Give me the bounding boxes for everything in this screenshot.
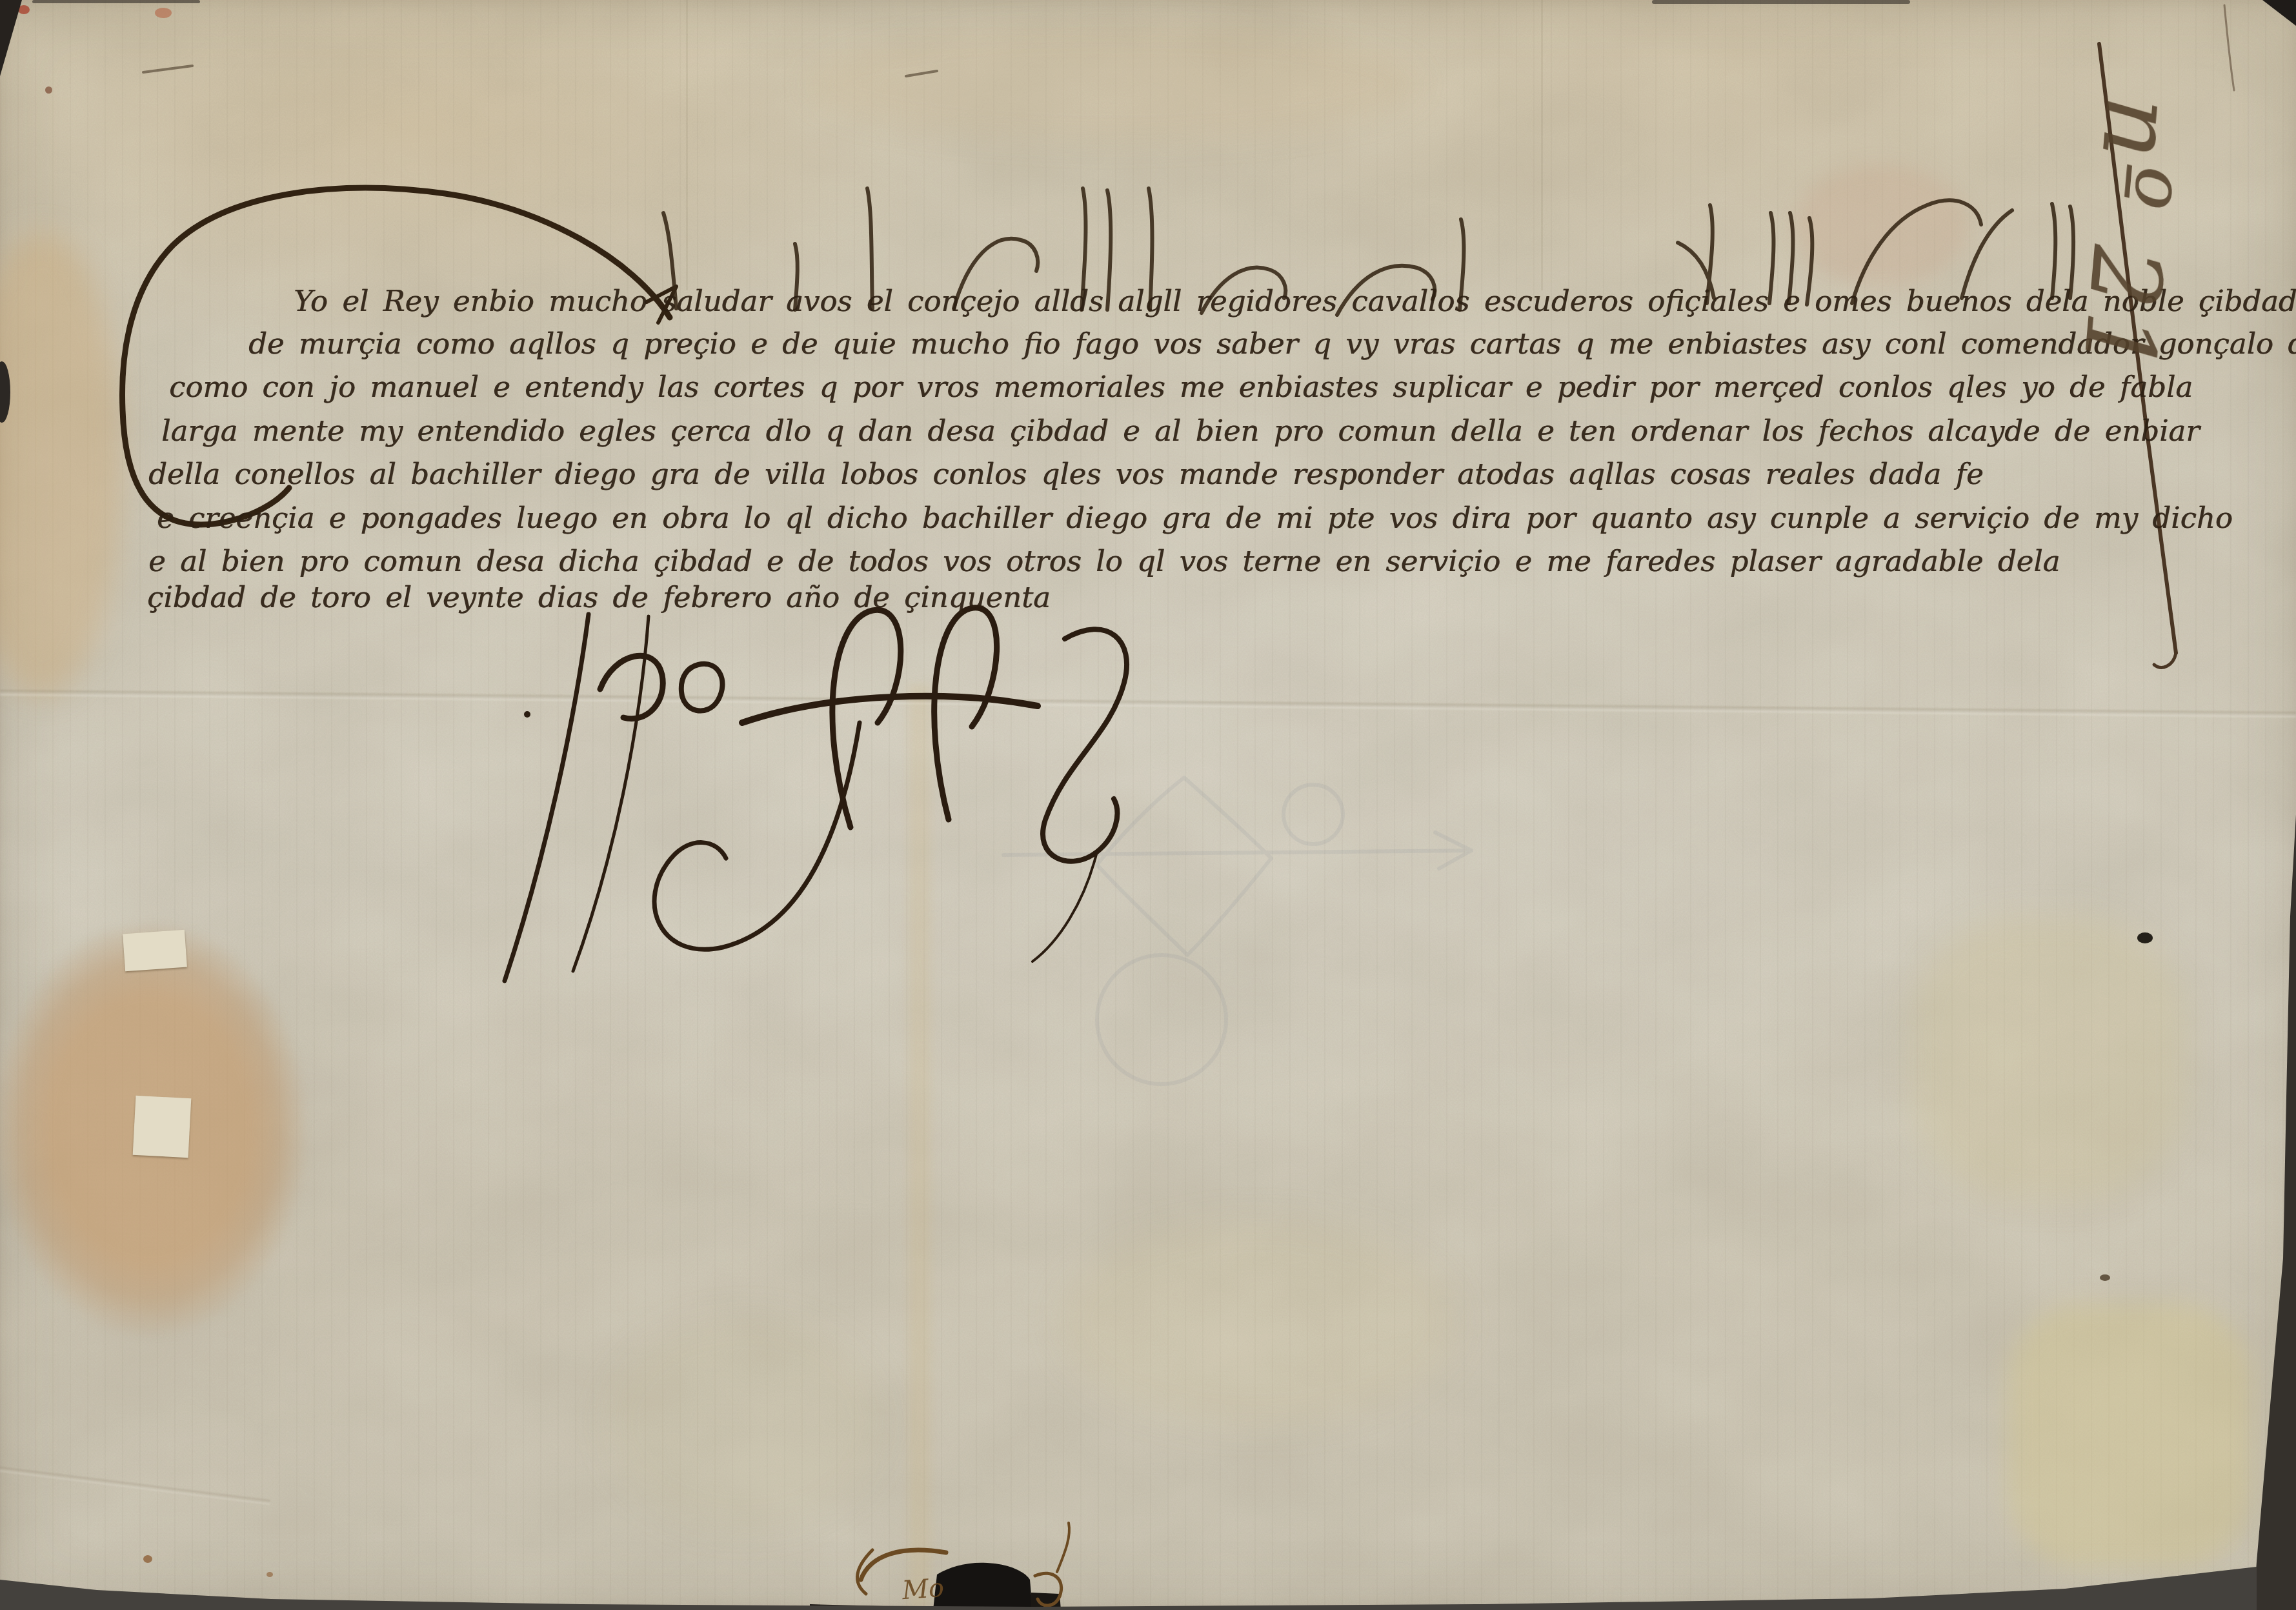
manuscript-line: como con jo manuel e entendy las cortes … — [169, 370, 2193, 404]
manuscript-line: Yo el Rey enbio mucho saludar avos el co… — [294, 284, 2296, 318]
ink-blot — [933, 1563, 1032, 1610]
manuscript-line: e creençia e pongades luego en obra lo q… — [157, 501, 2233, 535]
manuscript-line: çibdad de toro el veynte dias de febrero… — [147, 580, 1051, 614]
manuscript-line: della conellos al bachiller diego gra de… — [148, 457, 1984, 491]
bottom-edge-note: Mo — [901, 1573, 945, 1605]
scan-background-top-sliver — [1652, 0, 1910, 4]
parchment-sheet: Yo el Rey enbio mucho saludar avos el co… — [0, 0, 2296, 1610]
bleed-through-compass-sketch — [1003, 778, 1471, 1084]
ink-layer — [0, 0, 2296, 1610]
manuscript-line: e al bien pro comun desa dicha çibdad e … — [148, 544, 2060, 578]
scan-background-top-sliver — [32, 0, 200, 3]
manuscript-line: larga mente my entendido egles çerca dlo… — [161, 414, 2200, 448]
scanned-document: Yo el Rey enbio mucho saludar avos el co… — [0, 0, 2296, 1610]
royal-signature-rubric — [505, 608, 1127, 981]
manuscript-line: de murçia como aqllos q preçio e de quie… — [248, 327, 2296, 361]
